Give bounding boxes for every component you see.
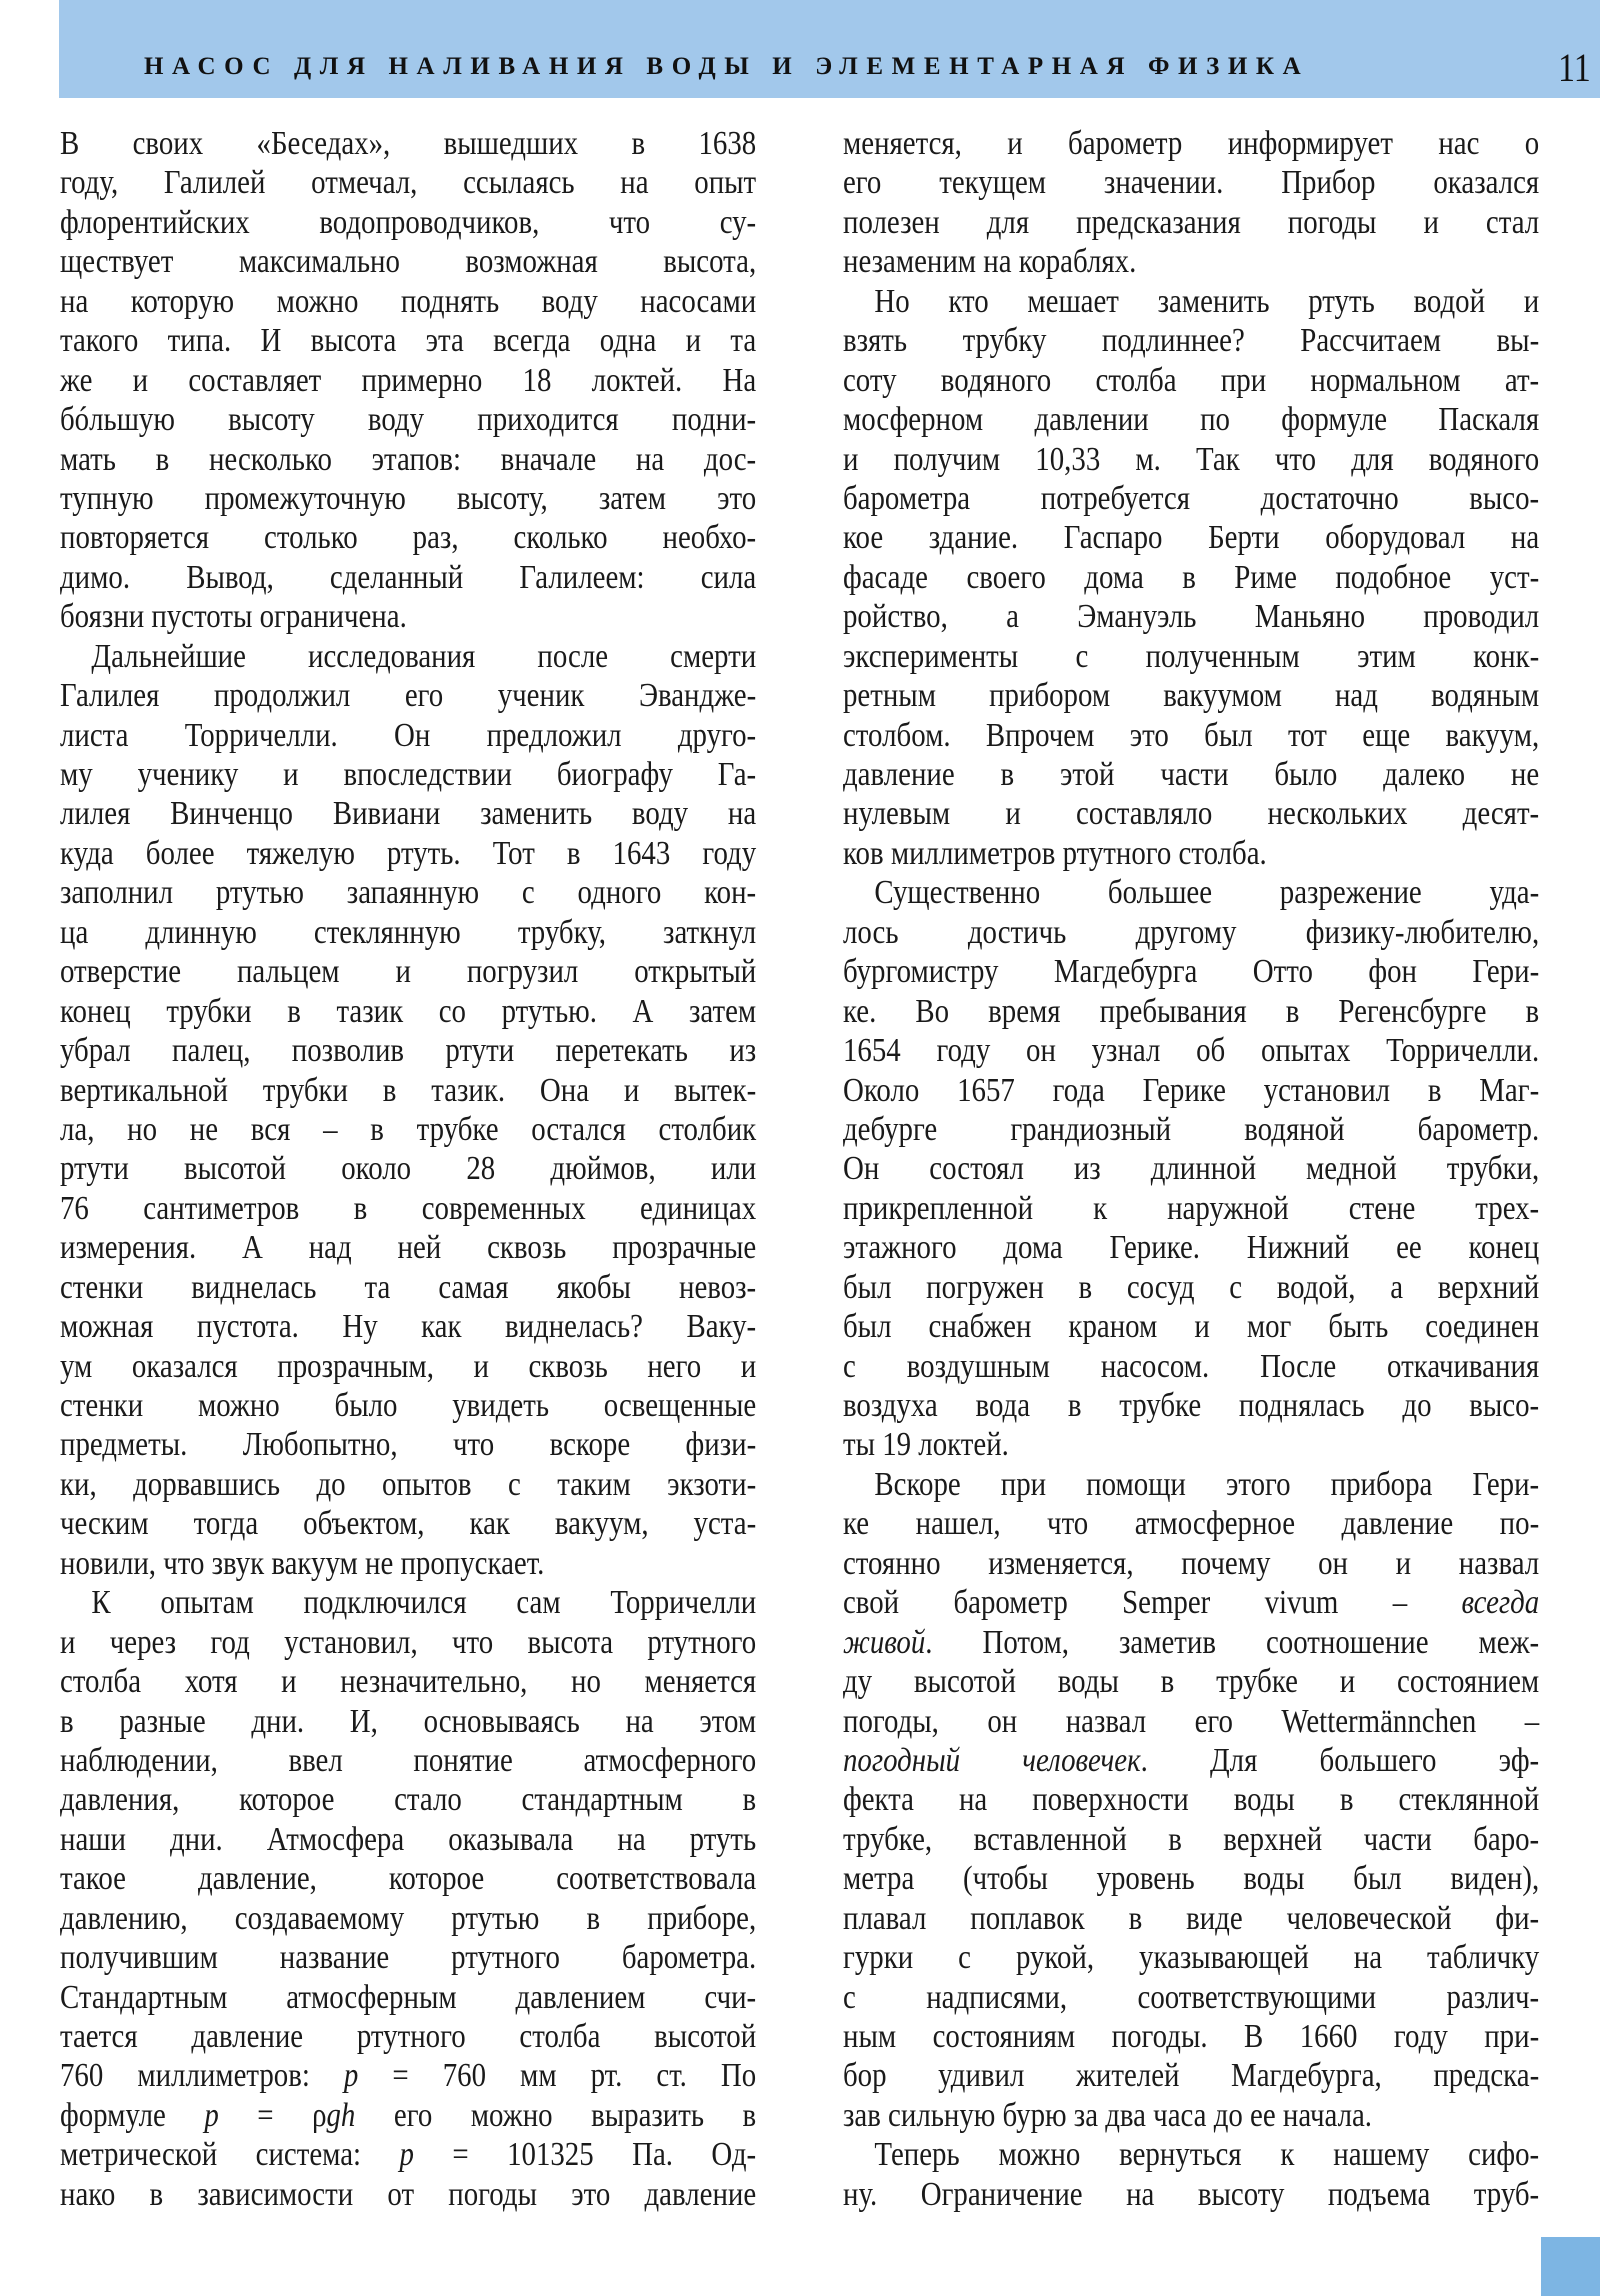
text-line: 76 сантиметров в современных единицах xyxy=(60,1189,756,1228)
text-line: ртути высотой около 28 дюймов, или xyxy=(60,1149,756,1188)
text-line: Вскоре при помощи этого прибора Гери- xyxy=(843,1465,1539,1504)
paragraph-galileo: В своих «Беседах», вышедших в 1638 году,… xyxy=(60,124,756,637)
paragraph-water-barometer: Но кто мешает заменить ртуть водой и взя… xyxy=(843,282,1539,874)
text-line: Дальнейшие исследования после смерти xyxy=(60,637,756,676)
text-line: вертикальной трубки в тазик. Она и вытек… xyxy=(60,1071,756,1110)
text-line: ческим тогда объектом, как вакуум, уста- xyxy=(60,1504,756,1543)
text-line: убрал палец, позволив ртути перетекать и… xyxy=(60,1031,756,1070)
text-line: дебурге грандиозный водяной барометр. xyxy=(843,1110,1539,1149)
text-line: году, Галилей отмечал, ссылаясь на опыт xyxy=(60,163,756,202)
text-line: погоды, он назвал его Wettermännchen – xyxy=(843,1702,1539,1741)
text-line: незаменим на кораблях. xyxy=(843,242,1539,281)
page-corner-tab xyxy=(1541,2237,1600,2296)
text-line: с воздушным насосом. После откачивания xyxy=(843,1347,1539,1386)
text-line: ты 19 локтей. xyxy=(843,1425,1539,1464)
text-line: его текущем значении. Прибор оказался xyxy=(843,163,1539,202)
text-line: ке. Во время пребывания в Регенсбурге в xyxy=(843,992,1539,1031)
text-line: повторяется столько раз, сколько необхо- xyxy=(60,518,756,557)
text-line: прикрепленной к наружной стене трех- xyxy=(843,1189,1539,1228)
paragraph-semper-vivum: Вскоре при помощи этого прибора Гери- ке… xyxy=(843,1465,1539,2135)
text-line: давления, которое стало стандартным в xyxy=(60,1780,756,1819)
text-line: Теперь можно вернуться к нашему сифо- xyxy=(843,2135,1539,2174)
text-line: такое давление, которое соответствовала xyxy=(60,1859,756,1898)
text-line-italic-start: погодный человечек. Для большего эф- xyxy=(843,1741,1539,1780)
text-line: соту водяного столба при нормальном ат- xyxy=(843,361,1539,400)
text-line: в разные дни. И, основываясь на этом xyxy=(60,1702,756,1741)
italic-term: погодный xyxy=(843,1742,960,1779)
text-line: тупную промежуточную высоту, затем это xyxy=(60,479,756,518)
text-line: боязни пустоты ограничена. xyxy=(60,597,756,636)
text-line: стоянно изменяется, почему он и назвал xyxy=(843,1544,1539,1583)
text-line: ду высотой воды в трубке и состоянием xyxy=(843,1662,1539,1701)
text-line: был погружен в сосуд с водой, а верхний xyxy=(843,1268,1539,1307)
math-variable: p xyxy=(344,2057,358,2094)
text-line: тается давление ртутного столба высотой xyxy=(60,2017,756,2056)
text-line: полезен для предсказания погоды и стал xyxy=(843,203,1539,242)
text-line: предметы. Любопытно, что вскоре физи- xyxy=(60,1425,756,1464)
italic-term: всегда xyxy=(1461,1584,1539,1621)
paragraph-continued: меняется, и барометр информирует нас о е… xyxy=(843,124,1539,282)
text-line: барометра потребуется достаточно высо- xyxy=(843,479,1539,518)
text-line: взять трубку подлиннее? Рассчитаем вы- xyxy=(843,321,1539,360)
text-line: Галилея продолжил его ученик Эвандже- xyxy=(60,676,756,715)
math-variable: p xyxy=(399,2136,413,2173)
text-line: Около 1657 года Герике установил в Маг- xyxy=(843,1071,1539,1110)
text-line: мать в несколько этапов: вначале на дос- xyxy=(60,440,756,479)
text-line: был снабжен краном и мог быть соединен xyxy=(843,1307,1539,1346)
text-line: с надписями, соответствующими различ- xyxy=(843,1978,1539,2017)
page-number: 11 xyxy=(1558,46,1591,90)
text-line: К опытам подключился сам Торричелли xyxy=(60,1583,756,1622)
text-line-italic-end: свой барометр Semper vivum – всегда xyxy=(843,1583,1539,1622)
text-line: фекта на поверхности воды в стеклянной xyxy=(843,1780,1539,1819)
text-line: димо. Вывод, сделанный Галилеем: сила xyxy=(60,558,756,597)
left-text-column: В своих «Беседах», вышедших в 1638 году,… xyxy=(60,124,756,2214)
text-line: ца длинную стеклянную трубку, заткнул xyxy=(60,913,756,952)
text-line: наши дни. Атмосфера оказывала на ртуть xyxy=(60,1820,756,1859)
text-line: гурки с рукой, указывающей на табличку xyxy=(843,1938,1539,1977)
text-line: зав сильную бурю за два часа до ее начал… xyxy=(843,2096,1539,2135)
text-line: ройство, а Эмануэль Маньяно проводил xyxy=(843,597,1539,636)
text-line-italic-start: живой. Потом, заметив соотношение меж- xyxy=(843,1623,1539,1662)
text-line: нулевым и составляло нескольких десят- xyxy=(843,794,1539,833)
text-line: давление в этой части было далеко не xyxy=(843,755,1539,794)
text-line: В своих «Беседах», вышедших в 1638 xyxy=(60,124,756,163)
text-line: бóльшую высоту воду приходится подни- xyxy=(60,400,756,439)
text-line: меняется, и барометр информирует нас о xyxy=(843,124,1539,163)
right-text-column: меняется, и барометр информирует нас о е… xyxy=(843,124,1539,2214)
text-line: столбом. Впрочем это был тот еще вакуум, xyxy=(843,716,1539,755)
text-line: ум оказался прозрачным, и сквозь него и xyxy=(60,1347,756,1386)
text-line: Но кто мешает заменить ртуть водой и xyxy=(843,282,1539,321)
italic-term: живой xyxy=(843,1624,925,1661)
math-variable: p xyxy=(204,2097,218,2134)
text-line: ретным прибором вакуумом над водяным xyxy=(843,676,1539,715)
formula-line: формуле p = ρgh его можно выразить в xyxy=(60,2096,756,2135)
text-line: столба хотя и незначительно, но меняется xyxy=(60,1662,756,1701)
text-line: новили, что звук вакуум не пропускает. xyxy=(60,1544,756,1583)
text-line: же и составляет примерно 18 локтей. На xyxy=(60,361,756,400)
text-line: лилея Винченцо Вивиани заменить воду на xyxy=(60,794,756,833)
text-line: отверстие пальцем и погрузил открытый xyxy=(60,952,756,991)
text-line: Существенно большее разрежение уда- xyxy=(843,873,1539,912)
text-line: измерения. А над ней сквозь прозрачные xyxy=(60,1228,756,1267)
text-line: Стандартным атмосферным давлением счи- xyxy=(60,1978,756,2017)
text-line: фасаде своего дома в Риме подобное уст- xyxy=(843,558,1539,597)
text-line: Он состоял из длинной медной трубки, xyxy=(843,1149,1539,1188)
text-line: ным состояниям погоды. В 1660 году при- xyxy=(843,2017,1539,2056)
formula-line: 760 миллиметров: p = 760 мм рт. ст. По xyxy=(60,2056,756,2095)
text-line: конец трубки в тазик со ртутью. А затем xyxy=(60,992,756,1031)
text-line: нако в зависимости от погоды это давлени… xyxy=(60,2175,756,2214)
text-line: ков миллиметров ртутного столба. xyxy=(843,834,1539,873)
text-line: трубке, вставленной в верхней части баро… xyxy=(843,1820,1539,1859)
text-line: ки, дорвавшись до опытов с таким экзоти- xyxy=(60,1465,756,1504)
text-line: бургомистру Магдебурга Отто фон Гери- xyxy=(843,952,1539,991)
paragraph-torricelli: Дальнейшие исследования после смерти Гал… xyxy=(60,637,756,1584)
text-line: флорентийских водопроводчиков, что су- xyxy=(60,203,756,242)
text-line: эксперименты с полученным этим конк- xyxy=(843,637,1539,676)
text-line: стенки виднелась та самая якобы невоз- xyxy=(60,1268,756,1307)
text-line: можная пустота. Ну как виднелась? Ваку- xyxy=(60,1307,756,1346)
text-line: заполнил ртутью запаянную с одного кон- xyxy=(60,873,756,912)
text-line: ществует максимально возможная высота, xyxy=(60,242,756,281)
paragraph-guericke: Существенно большее разрежение уда- лось… xyxy=(843,873,1539,1465)
formula-line: метрической система: p = 101325 Па. Од- xyxy=(60,2135,756,2174)
math-variable: gh xyxy=(326,2097,355,2134)
text-line: наблюдении, ввел понятие атмосферного xyxy=(60,1741,756,1780)
running-header-bar: НАСОС ДЛЯ НАЛИВАНИЯ ВОДЫ И ЭЛЕМЕНТАРНАЯ … xyxy=(59,0,1600,98)
text-line: лось достичь другому физику-любителю, xyxy=(843,913,1539,952)
text-line: кое здание. Гаспаро Берти оборудовал на xyxy=(843,518,1539,557)
text-line: плавал поплавок в виде человеческой фи- xyxy=(843,1899,1539,1938)
text-line: му ученику и впоследствии биографу Га- xyxy=(60,755,756,794)
text-line: листа Торричелли. Он предложил друго- xyxy=(60,716,756,755)
text-line: и через год установил, что высота ртутно… xyxy=(60,1623,756,1662)
text-line: 1654 году он узнал об опытах Торричелли. xyxy=(843,1031,1539,1070)
text-line: такого типа. И высота эта всегда одна и … xyxy=(60,321,756,360)
paragraph-siphon: Теперь можно вернуться к нашему сифо- ну… xyxy=(843,2135,1539,2214)
text-line: ке нашел, что атмосферное давление по- xyxy=(843,1504,1539,1543)
text-line: бор удивил жителей Магдебурга, предска- xyxy=(843,2056,1539,2095)
text-line: стенки можно было увидеть освещенные xyxy=(60,1386,756,1425)
text-line: и получим 10,33 м. Так что для водяного xyxy=(843,440,1539,479)
text-line: метра (чтобы уровень воды был виден), xyxy=(843,1859,1539,1898)
text-line: ла, но не вся – в трубке остался столбик xyxy=(60,1110,756,1149)
text-line: давлению, создаваемому ртутью в приборе, xyxy=(60,1899,756,1938)
text-line: получившим название ртутного барометра. xyxy=(60,1938,756,1977)
text-line: мосферном давлении по формуле Паскаля xyxy=(843,400,1539,439)
paragraph-atmospheric-pressure: К опытам подключился сам Торричелли и че… xyxy=(60,1583,756,2214)
text-line: ну. Ограничение на высоту подъема труб- xyxy=(843,2175,1539,2214)
text-line: этажного дома Герике. Нижний ее конец xyxy=(843,1228,1539,1267)
italic-term: человечек xyxy=(1022,1742,1140,1779)
text-line: на которую можно поднять воду насосами xyxy=(60,282,756,321)
text-line: куда более тяжелую ртуть. Тот в 1643 год… xyxy=(60,834,756,873)
text-line: воздуха вода в трубке поднялась до высо- xyxy=(843,1386,1539,1425)
running-title: НАСОС ДЛЯ НАЛИВАНИЯ ВОДЫ И ЭЛЕМЕНТАРНАЯ … xyxy=(144,52,1309,82)
